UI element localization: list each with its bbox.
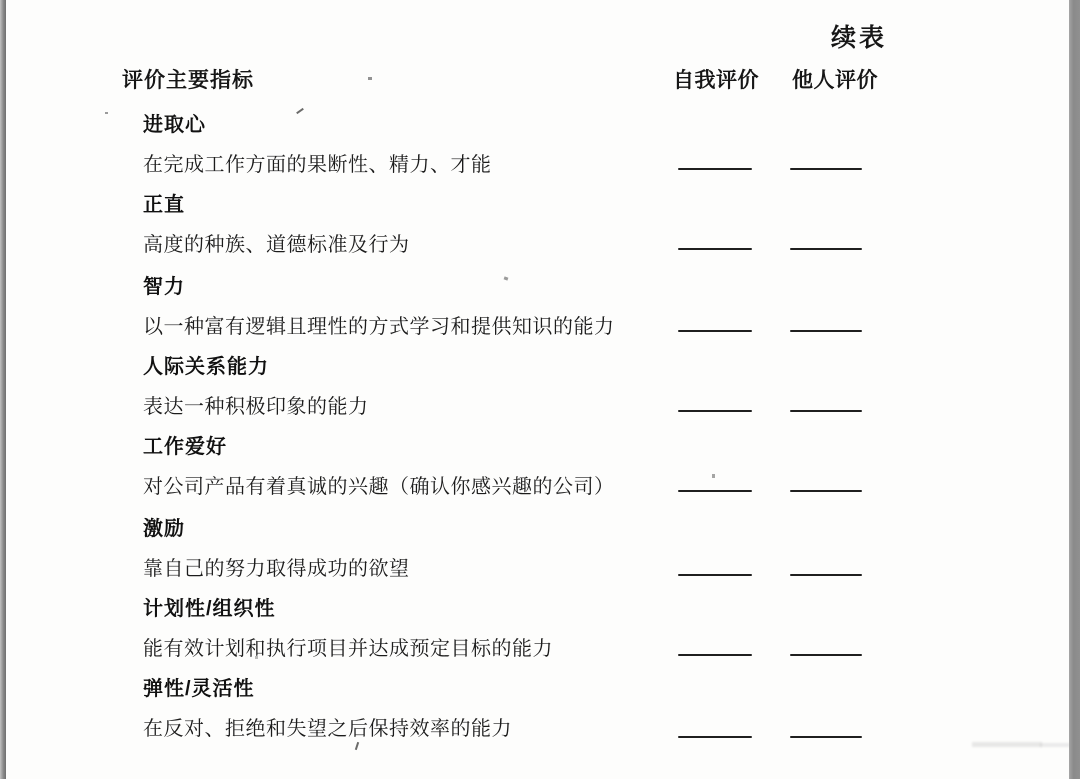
self-rating-blank-line [678, 736, 752, 738]
scan-speck [255, 656, 258, 659]
scanned-document-page: 续表 评价主要指标 自我评价 他人评价 进取心 在完成工作方面的果断性、精力、才… [0, 0, 1080, 779]
scan-speck [368, 77, 372, 80]
self-rating-blank-line [678, 330, 752, 332]
self-rating-blank-line [678, 574, 752, 576]
indicator-category: 弹性/灵活性 [143, 672, 255, 701]
others-rating-blank-line [790, 574, 862, 576]
indicator-description: 表达一种积极印象的能力 [143, 390, 369, 419]
others-rating-blank-line [790, 168, 862, 170]
indicator-description: 对公司产品有着真诚的兴趣（确认你感兴趣的公司） [143, 470, 615, 499]
indicator-group: 人际关系能力 表达一种积极印象的能力 [0, 350, 1080, 431]
indicator-group: 弹性/灵活性 在反对、拒绝和失望之后保持效率的能力 [0, 672, 1080, 753]
indicator-category: 人际关系能力 [143, 350, 269, 379]
self-rating-blank-line [678, 168, 752, 170]
self-rating-blank-line [678, 490, 752, 492]
others-rating-blank-line [790, 410, 862, 412]
indicator-group: 计划性/组织性 能有效计划和执行项目并达成预定目标的能力 [0, 592, 1080, 673]
indicator-category: 工作爱好 [143, 430, 227, 459]
indicator-description: 能有效计划和执行项目并达成预定目标的能力 [143, 632, 553, 661]
indicator-group: 工作爱好 对公司产品有着真诚的兴趣（确认你感兴趣的公司） [0, 430, 1080, 511]
indicator-category: 激励 [143, 512, 185, 541]
others-rating-blank-line [790, 736, 862, 738]
indicator-group: 激励 靠自己的努力取得成功的欲望 [0, 512, 1080, 593]
indicator-description: 在完成工作方面的果断性、精力、才能 [143, 148, 492, 177]
scan-speck [105, 112, 108, 114]
indicator-category: 正直 [143, 188, 185, 217]
others-rating-blank-line [790, 330, 862, 332]
column-header-self-evaluation: 自我评价 [673, 64, 759, 94]
indicator-description: 高度的种族、道德标准及行为 [143, 228, 410, 257]
self-rating-blank-line [678, 654, 752, 656]
indicator-group: 智力 以一种富有逻辑且理性的方式学习和提供知识的能力 [0, 270, 1080, 351]
scan-edge-right [1069, 0, 1080, 779]
self-rating-blank-line [678, 248, 752, 250]
indicator-category: 计划性/组织性 [143, 592, 276, 621]
continued-table-label: 续表 [831, 18, 887, 54]
others-rating-blank-line [790, 654, 862, 656]
scan-smudge [1040, 743, 1070, 747]
indicator-group: 正直 高度的种族、道德标准及行为 [0, 188, 1080, 269]
column-header-indicator: 评价主要指标 [122, 64, 254, 94]
scan-edge-left [0, 0, 6, 779]
indicator-group: 进取心 在完成工作方面的果断性、精力、才能 [0, 108, 1080, 189]
column-header-others-evaluation: 他人评价 [792, 64, 878, 94]
indicator-description: 以一种富有逻辑且理性的方式学习和提供知识的能力 [143, 310, 615, 339]
scan-smudge [972, 742, 1042, 747]
others-rating-blank-line [790, 248, 862, 250]
indicator-category: 智力 [143, 270, 185, 299]
self-rating-blank-line [678, 410, 752, 412]
indicator-description: 靠自己的努力取得成功的欲望 [143, 552, 410, 581]
indicator-category: 进取心 [143, 108, 206, 137]
others-rating-blank-line [790, 490, 862, 492]
indicator-description: 在反对、拒绝和失望之后保持效率的能力 [143, 712, 512, 741]
scan-speck [712, 474, 715, 478]
